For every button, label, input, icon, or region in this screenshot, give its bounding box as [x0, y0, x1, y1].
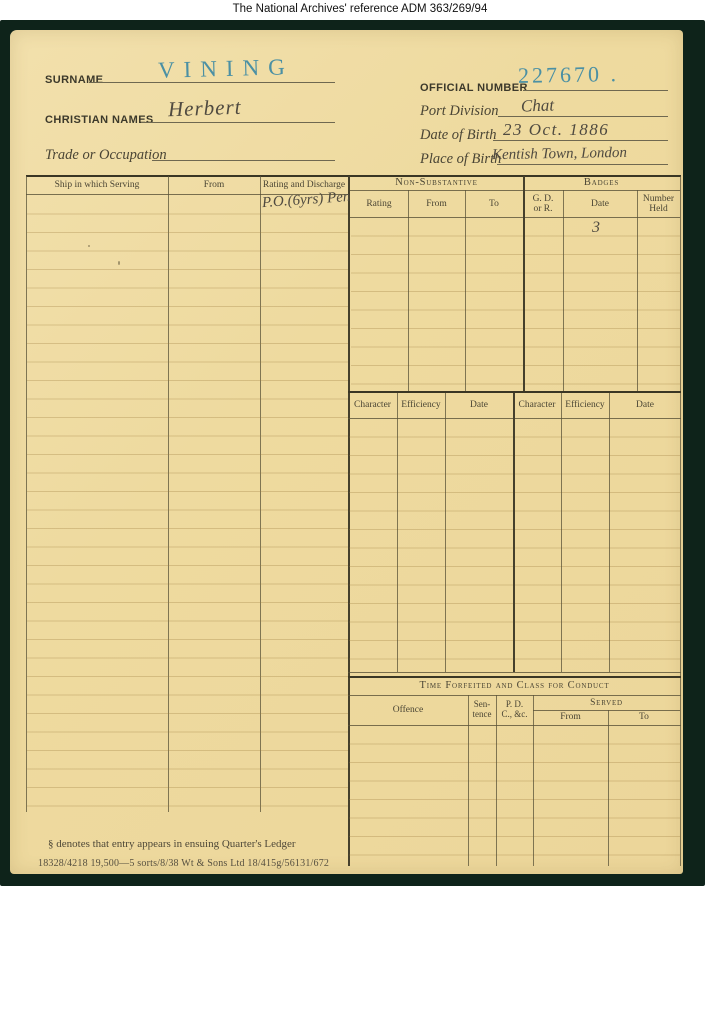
col-served-from: From [533, 711, 608, 724]
gd-entry-handwritten: 3 [592, 219, 600, 237]
christian-names-label: CHRISTIAN NAMES [45, 114, 154, 126]
table-right-edge [680, 176, 681, 866]
place-of-birth-handwritten: Kentish Town, London [492, 145, 627, 164]
date-of-birth-rule [493, 140, 668, 141]
col-pdc-line2: C., &c. [502, 710, 528, 720]
group-badges: Badges [523, 177, 680, 189]
conduct-top-rule [348, 676, 681, 678]
character-bottom-rule [348, 672, 681, 673]
badges-col-line-1 [563, 190, 564, 391]
char-col-line-2 [445, 393, 446, 672]
ink-speck [88, 245, 90, 247]
col-gd-line1: G. D. [533, 194, 554, 204]
col-badge-date: Date [563, 191, 637, 217]
port-division-handwritten: Chat [521, 95, 555, 116]
christian-names-handwritten: Herbert [168, 95, 242, 123]
col-served: Served [533, 697, 680, 709]
col-efficiency-2: Efficiency [561, 394, 609, 416]
char-col-line-3 [561, 393, 562, 672]
badges-col-line-2 [637, 190, 638, 391]
port-division-label: Port Division [420, 103, 499, 120]
conduct-title: Time Forfeited and Class for Conduct [348, 679, 681, 693]
col-date-2: Date [609, 394, 681, 416]
trade-occupation-label: Trade or Occupation [45, 147, 167, 164]
ns-col-line-1 [408, 190, 409, 391]
ledger-footnote: § denotes that entry appears in ensuing … [48, 838, 296, 850]
official-number-handwritten: 227670 . [518, 61, 619, 89]
col-number-line1: Number [643, 194, 674, 204]
conduct-header-rule [348, 725, 681, 726]
col-character-1: Character [348, 394, 397, 416]
char-col-line-1 [397, 393, 398, 672]
official-number-label: OFFICIAL NUMBER [420, 82, 528, 94]
surname-label: SURNAME [45, 74, 103, 86]
place-of-birth-label: Place of Birth [420, 151, 501, 168]
trade-occupation-rule [152, 160, 335, 161]
col-ship-in-which-serving: Ship in which Serving [26, 178, 168, 192]
col-ns-rating: Rating [350, 191, 408, 217]
col-number-held: Number Held [637, 191, 680, 217]
date-of-birth-handwritten: 23 Oct. 1886 [503, 120, 609, 140]
ns-col-line-2 [465, 190, 466, 391]
col-from: From [168, 178, 260, 192]
official-number-rule [523, 90, 668, 91]
col-character-2: Character [513, 394, 561, 416]
col-served-to: To [608, 711, 680, 724]
char-group-divider [513, 393, 515, 672]
subheader-rule [350, 217, 680, 218]
place-of-birth-rule [497, 164, 668, 165]
col-number-line2: Held [649, 204, 667, 214]
print-code: 18328/4218 19,500—5 sorts/8/38 Wt & Sons… [38, 858, 329, 869]
col-efficiency-1: Efficiency [397, 394, 445, 416]
conduct-title-rule [348, 695, 681, 696]
non-substantive-rows [351, 218, 680, 391]
conduct-col-line-4 [608, 710, 609, 866]
col-sentence-line2: tence [473, 710, 492, 720]
group-non-substantive: Non-Substantive [350, 177, 523, 189]
col-sentence: Sen- tence [468, 697, 496, 723]
surname-handwritten: VINING [158, 54, 294, 84]
col-gd-line2: or R. [534, 204, 553, 214]
col-ns-from: From [408, 191, 465, 217]
ink-speck [118, 261, 120, 265]
archive-reference: The National Archives' reference ADM 363… [0, 3, 720, 15]
date-of-birth-label: Date of Birth [420, 127, 497, 144]
col-gd-or-r: G. D. or R. [523, 191, 563, 217]
service-table-rows [27, 196, 348, 812]
col-pdc: P. D. C., &c. [496, 697, 533, 723]
col-offence: Offence [348, 697, 468, 723]
char-col-line-4 [609, 393, 610, 672]
col-date-1: Date [445, 394, 513, 416]
col-ns-to: To [465, 191, 523, 217]
conduct-rows [349, 726, 680, 866]
